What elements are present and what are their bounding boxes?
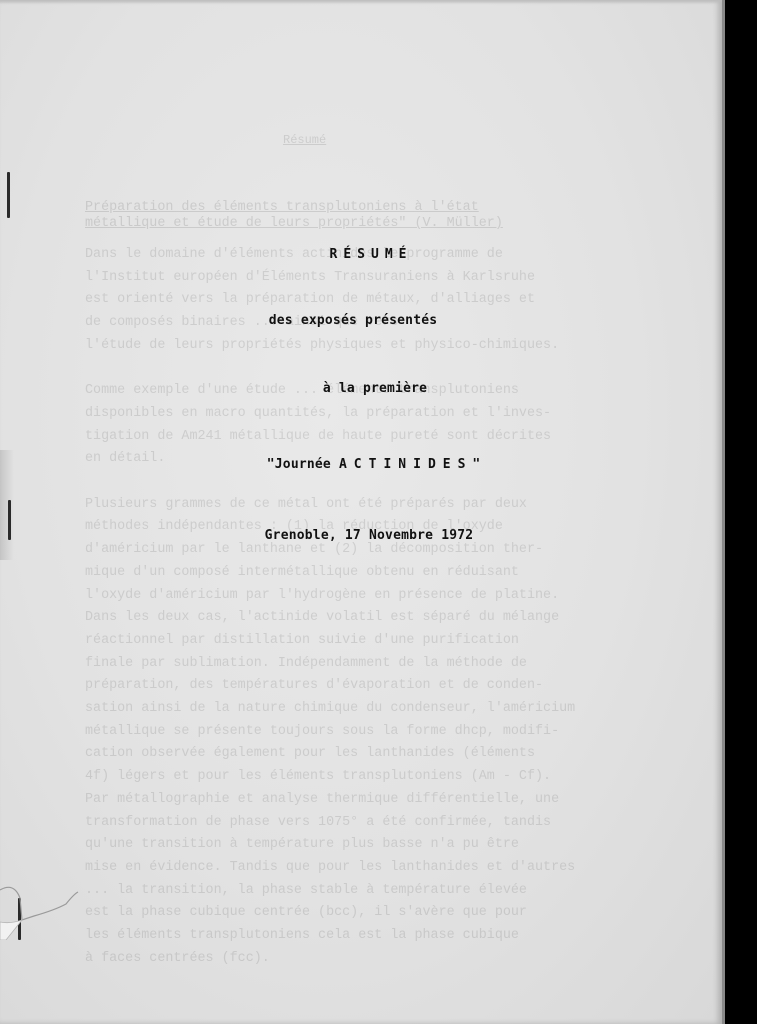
document-title: RÉSUMÉ [10,247,732,262]
bleed-through-body: Dans le domaine d'éléments actinides le … [85,244,645,971]
bleed-through-section-title: Préparation des éléments transplutoniens… [85,200,605,232]
staple-icon [8,500,11,540]
preposition-line: à la première [14,381,736,396]
staple-icon [7,172,10,218]
event-name: ACTINIDES" [339,457,487,472]
paper-fold-shadow [0,450,14,560]
bleed-through-heading: Résumé [283,133,326,147]
location-date: Grenoble, 17 Novembre 1972 [8,528,730,543]
document-page: Résumé Préparation des éléments transplu… [0,0,725,1024]
torn-corner-icon [0,880,80,940]
event-title: "Journée ACTINIDES" [16,457,738,472]
document-subtitle: des exposés présentés [0,313,714,328]
event-prefix: "Journée [267,457,331,472]
page-edge [0,0,722,4]
